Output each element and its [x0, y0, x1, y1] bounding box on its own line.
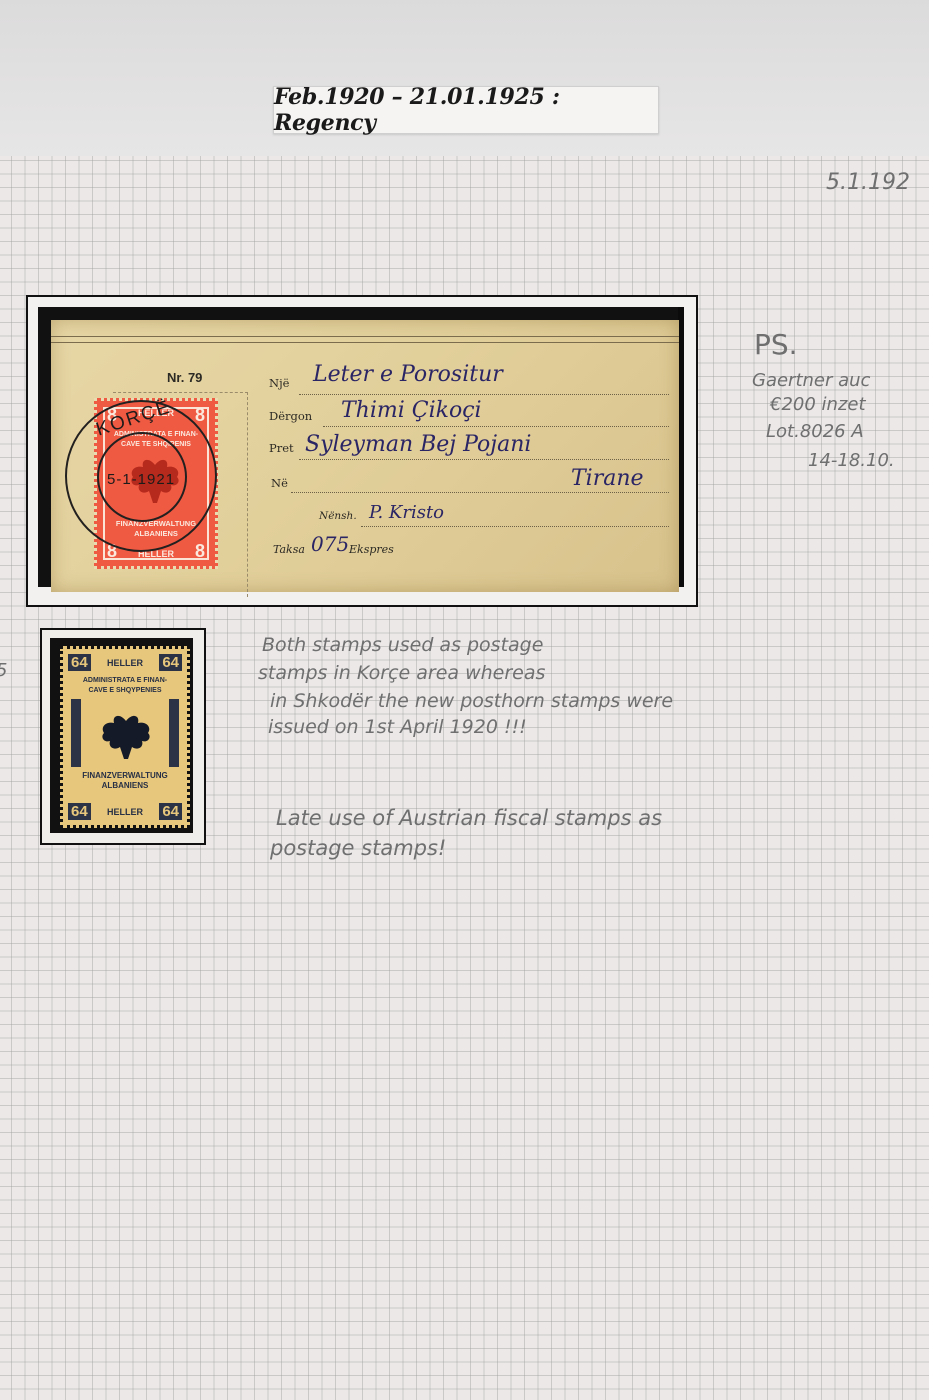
express-card-mount: Nr. 79 Një Leter e Porositur Dërgon Thim… — [26, 295, 698, 607]
side-note-line: PS. — [754, 328, 798, 361]
stamp-text: ALBANIENS — [63, 781, 187, 790]
field-value: Syleyman Bej Pojani — [305, 432, 531, 457]
field-label: Pret — [269, 441, 294, 455]
card-number: Nr. 79 — [167, 370, 202, 385]
note-line: in Shkodër the new posthorn stamps were — [270, 690, 673, 712]
side-note-line: 14-18.10. — [808, 450, 895, 471]
postmark-date: 5-1-1921 — [107, 471, 175, 488]
field-value: Tirane — [571, 466, 644, 491]
field-value: P. Kristo — [369, 502, 444, 523]
note-line: postage stamps! — [270, 836, 446, 860]
stamp-text: CAVE E SHQYPENIES — [63, 687, 187, 694]
stamp-text: FINANZVERWALTUNG — [63, 771, 187, 780]
blue-fiscal-stamp: 64 64 HELLER ADMINISTRATA E FINAN- CAVE … — [60, 646, 190, 828]
field-label: Një — [269, 376, 289, 390]
note-line: issued on 1st April 1920 !!! — [268, 716, 527, 738]
note-line: Both stamps used as postage — [262, 634, 543, 656]
tax-label: Taksa — [273, 543, 305, 556]
field-label: Dërgon — [269, 409, 312, 423]
field-value: Thimi Çikoçi — [341, 398, 482, 423]
side-note-line: Lot.8026 A — [766, 421, 864, 442]
page-title: Feb.1920 – 21.01.1925 : Regency — [273, 86, 659, 134]
double-headed-eagle-icon — [98, 711, 154, 763]
note-line: Late use of Austrian fiscal stamps as — [276, 806, 662, 830]
tax-suffix: Ekspres — [349, 543, 394, 556]
korce-postmark: KORÇË 5-1-1921 — [65, 400, 217, 552]
tax-value: 075 — [311, 532, 349, 556]
note-line: stamps in Korçe area whereas — [258, 662, 545, 684]
field-value: Leter e Porositur — [313, 362, 503, 387]
stamp-text: ADMINISTRATA E FINAN- — [63, 677, 187, 684]
field-label: Në — [271, 476, 288, 490]
side-note-line: Gaertner auc — [752, 370, 870, 391]
express-card: Nr. 79 Një Leter e Porositur Dërgon Thim… — [51, 320, 679, 592]
corner-date-note: 5.1.192 — [826, 170, 910, 195]
side-note-line: €200 inzet — [770, 394, 866, 415]
stamp-unit: HELLER — [63, 658, 187, 668]
loose-stamp-mount: 64 64 HELLER ADMINISTRATA E FINAN- CAVE … — [40, 628, 206, 845]
margin-mark: 5 — [0, 660, 7, 681]
stamp-unit: HELLER — [63, 807, 187, 817]
field-label: Nënsh. — [319, 510, 357, 522]
